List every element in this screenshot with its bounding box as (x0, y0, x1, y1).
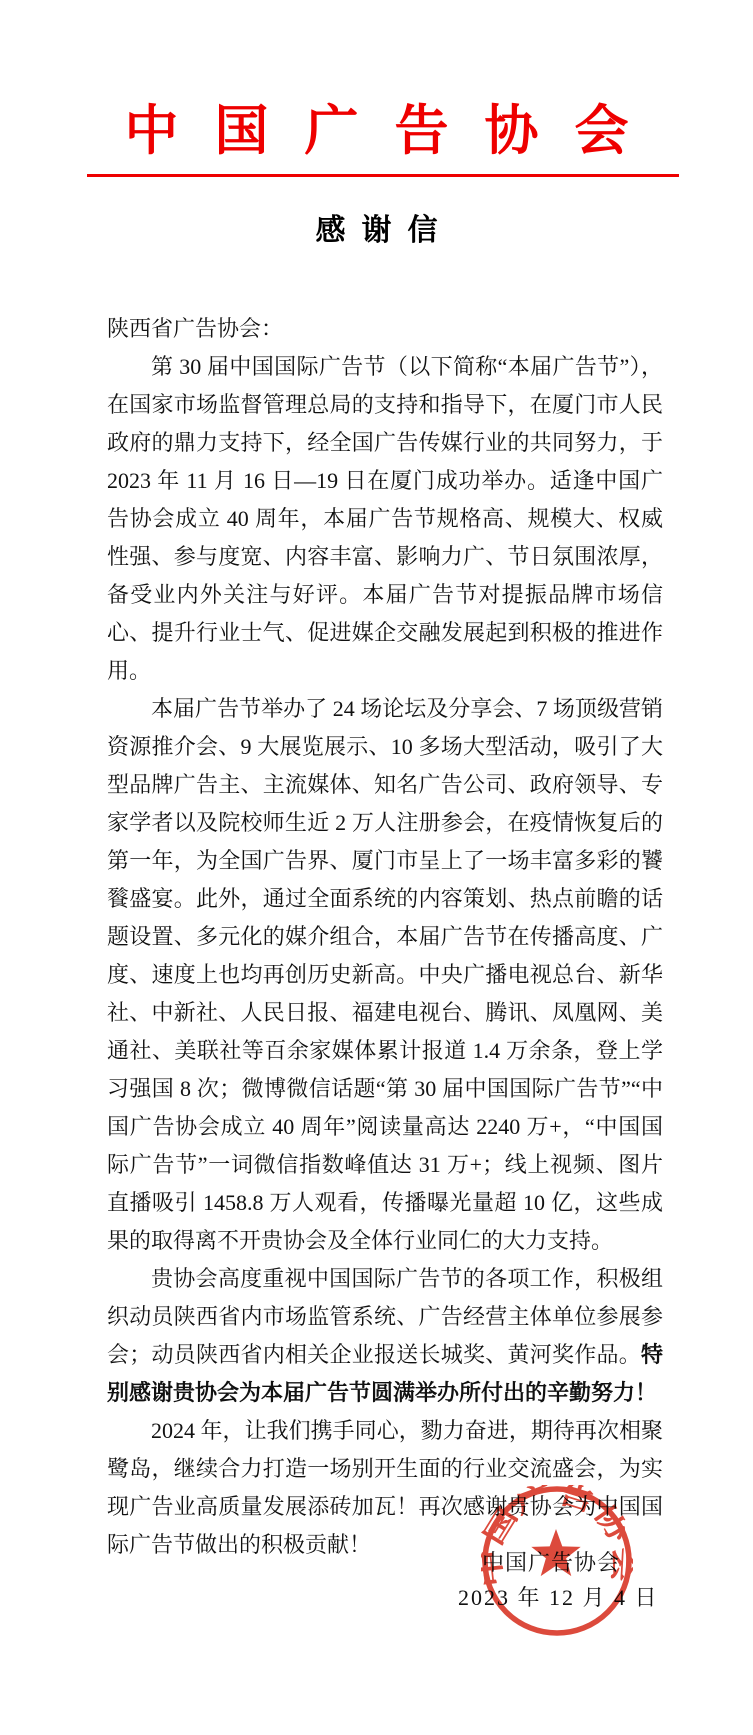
letter-title: 感谢信 (0, 212, 753, 250)
paragraph-3-normal: 贵协会高度重视中国国际广告节的各项工作，积极组织动员陕西省内市场监管系统、广告经… (107, 1266, 663, 1367)
paragraph-2: 本届广告节举办了 24 场论坛及分享会、7 场顶级营销资源推介会、9 大展览展示… (107, 690, 663, 1260)
letter-page: 中国广告协会 感谢信 陕西省广告协会： 第 30 届中国国际广告节（以下简称“本… (0, 0, 753, 1735)
header-divider (87, 174, 679, 177)
seal-star-icon (531, 1529, 580, 1576)
org-name-header: 中国广告协会 (0, 101, 753, 161)
salutation: 陕西省广告协会： (107, 310, 663, 348)
official-seal: 中国广告协会 (481, 1485, 633, 1637)
paragraph-1: 第 30 届中国国际广告节（以下简称“本届广告节”），在国家市场监督管理总局的支… (107, 348, 663, 690)
letter-body: 陕西省广告协会： 第 30 届中国国际广告节（以下简称“本届广告节”），在国家市… (107, 310, 663, 1564)
paragraph-3: 贵协会高度重视中国国际广告节的各项工作，积极组织动员陕西省内市场监管系统、广告经… (107, 1260, 663, 1412)
